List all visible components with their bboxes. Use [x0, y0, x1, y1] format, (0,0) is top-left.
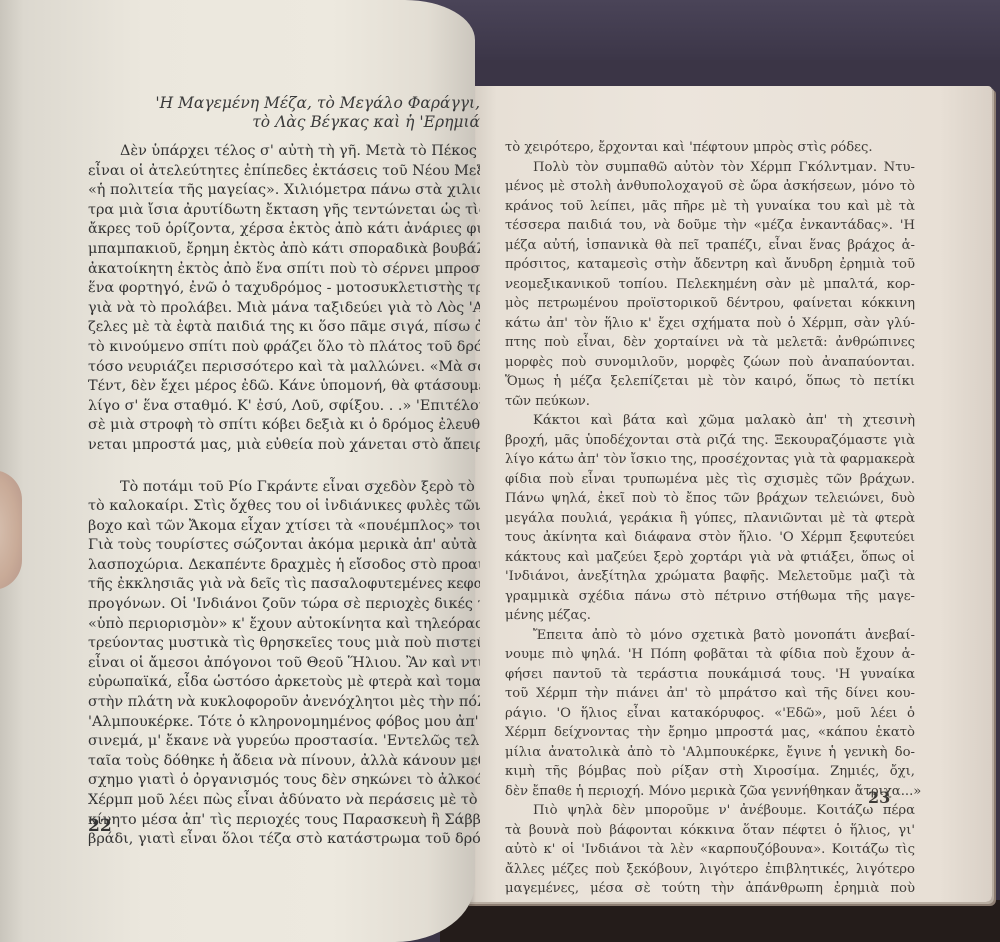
- thumb-holding-page: [0, 470, 22, 590]
- text-line: μίλια ἀνατολικὰ ἀπὸ τὸ 'Αλμπουκέρκε, ἔγι…: [505, 743, 915, 763]
- text-line: τους ἀκίνητα καὶ διάφανα στὸν ἥλιο. 'Ο Χ…: [505, 528, 915, 548]
- text-line: ἕνα φορτηγό, ἐνῶ ὁ ταχυδρόμος - μοτοσυκλ…: [88, 279, 480, 299]
- text-line: ἀκατοίκητη ἐκτὸς ἀπὸ ἕνα σπίτι ποὺ τὸ σέ…: [88, 260, 480, 280]
- text-line: πρόσιτος, καταμεσὶς στὴν ἄδεντρη καὶ ἄνυ…: [505, 255, 915, 275]
- text-line: τέσσερα παιδιά του, νὰ δοῦμε τὴν «μέζα ἐ…: [505, 216, 915, 236]
- chapter-title: 'Η Μαγεμένη Μέζα, τὸ Μεγάλο Φαράγγι, τὸ …: [88, 94, 480, 132]
- text-line: πτης ποὺ εἶναι, δὲν χορταίνει νὰ τὰ μελε…: [505, 333, 915, 353]
- text-line: γιὰ νὰ τὸ προλάβει. Μιὰ μάνα ταξιδεύει γ…: [88, 299, 480, 319]
- paragraph: Τὸ ποτάμι τοῦ Ρίο Γκράντε εἶναι σχεδὸν ξ…: [88, 478, 480, 850]
- text-line: τὸ κινούμενο σπίτι ποὺ φράζει ὅλο τὸ πλά…: [88, 338, 480, 358]
- text-line: Γιὰ τοὺς τουρίστες σώζονται ἀκόμα μερικὰ…: [88, 536, 480, 556]
- text-line: «ἡ πολιτεία τῆς μαγείας». Χιλιόμετρα πάν…: [88, 181, 480, 201]
- text-line: ταῖα τοὺς δόθηκε ἡ ἄδεια νὰ πίνουν, ἀλλὰ…: [88, 752, 480, 772]
- text-line: Ἔπειτα ἀπὸ τὸ μόνο σχετικὰ βατὸ μονοπάτι…: [505, 626, 915, 646]
- text-line: βοχο καὶ τῶν Ἄκομα εἶχαν χτίσει τὰ «πουέ…: [88, 517, 480, 537]
- text-line: 'Ινδιάνοι, ἀνεξίτηλα χρώματα βαφῆς. Μελε…: [505, 567, 915, 587]
- text-line: λασποχώρια. Δεκαπέντε δραχμὲς ἡ εἴσοδος …: [88, 556, 480, 576]
- text-line: μένης μέζας.: [505, 606, 915, 626]
- text-line: μαγεμένες, μέσα σὲ τούτη τὴν ἀπάνθρωπη ἐ…: [505, 879, 915, 899]
- text-line: ράγιο. 'Ο ἥλιος εἶναι κατακόρυφος. «'Εδῶ…: [505, 704, 915, 724]
- left-page-text: 'Η Μαγεμένη Μέζα, τὸ Μεγάλο Φαράγγι, τὸ …: [88, 88, 480, 850]
- text-line: μὸς πετρωμένου προϊστορικοῦ δέντρου, φαί…: [505, 294, 915, 314]
- text-line: μένος μὲ στολὴ ἀνθυπολοχαγοῦ σὲ ὥρα ἀσκή…: [505, 177, 915, 197]
- text-line: νουμε πιὸ ψηλά. 'Η Πόπη φοβᾶται τὰ φίδια…: [505, 645, 915, 665]
- text-line: στὴν πλάτη νὰ κυκλοφοροῦν ἀνενόχλητοι μὲ…: [88, 693, 480, 713]
- text-line: ἄλλες μέζες ποὺ ξεκόβουν, λιγότερο ἐπιβλ…: [505, 860, 915, 880]
- text-line: αὐτὸ κ' οἱ 'Ινδιάνοι τὰ λὲν «καρπουζόβου…: [505, 840, 915, 860]
- paragraph: Δὲν ὑπάρχει τέλος σ' αὐτὴ τὴ γῆ. Μετὰ τὸ…: [88, 142, 480, 456]
- background-table: [440, 900, 1000, 942]
- text-line: σινεμά, μ' ἔκανε νὰ γυρεύω προστασία. 'Ε…: [88, 732, 480, 752]
- text-line: εἶναι οἱ ἀτελεύτητες ἐπίπεδες ἐκτάσεις τ…: [88, 162, 480, 182]
- text-line: Κάκτοι καὶ βάτα καὶ χῶμα μαλακὸ ἀπ' τὴ χ…: [505, 411, 915, 431]
- text-line: τόσο νευριάζει περισσότερο καὶ τὰ μαλλών…: [88, 358, 480, 378]
- text-line: τρα μιὰ ἴσια ἀρυτίδωτη ἔκταση γῆς τεντών…: [88, 201, 480, 221]
- text-line: τὸ καλοκαίρι. Στὶς ὄχθες του οἱ ἰνδιάνικ…: [88, 497, 480, 517]
- text-line: Χέρμπ δείχνοντας τὴν ἔρημο μπροστά μας, …: [505, 723, 915, 743]
- text-line: μέζα αὐτή, ἱσπανικὰ θὰ πεῖ τραπέζι, εἶνα…: [505, 236, 915, 256]
- text-line: δὲν ἔπαθε ἡ περιοχή. Μόνο μερικὰ ζῶα γεν…: [505, 782, 915, 802]
- text-line: ζελες μὲ τὰ ἐφτὰ παιδιά της κι ὅσο πᾶμε …: [88, 318, 480, 338]
- text-line: βροχή, μᾶς ὑποδέχονται στὰ ριζά της. Ξεκ…: [505, 431, 915, 451]
- text-line: ἄκρες τοῦ ὁρίζοντα, χέρσα ἐκτὸς ἀπὸ κάτι…: [88, 220, 480, 240]
- text-line: τὸ χειρότερο, ἔρχονται καὶ 'πέφτουν μπρὸ…: [505, 138, 915, 158]
- text-line: «ὑπὸ περιορισμὸν» κ' ἔχουν αὐτοκίνητα κα…: [88, 615, 480, 635]
- text-line: φίδια ποὺ εἶναι τρυπωμένα μὲς τὶς σχισμὲ…: [505, 470, 915, 490]
- text-line: λίγο σ' ἕνα σταθμό. Κ' ἐσύ, Λοῦ, σφίξου.…: [88, 397, 480, 417]
- text-line: Τὸ ποτάμι τοῦ Ρίο Γκράντε εἶναι σχεδὸν ξ…: [88, 478, 480, 498]
- text-line: προγόνων. Οἱ 'Ινδιάνοι ζοῦν τώρα σὲ περι…: [88, 595, 480, 615]
- chapter-title-line: 'Η Μαγεμένη Μέζα, τὸ Μεγάλο Φαράγγι,: [88, 94, 480, 113]
- text-line: κάκτους καὶ μαζεύει ξερὸ χορτάρι γιὰ νὰ …: [505, 548, 915, 568]
- text-line: Πολὺ τὸν συμπαθῶ αὐτὸν τὸν Χέρμπ Γκόλντμ…: [505, 158, 915, 178]
- right-page-text: τὸ χειρότερο, ἔρχονται καὶ 'πέφτουν μπρὸ…: [505, 138, 915, 899]
- text-line: Τέντ, δὲν ἔχει μέρος ἐδῶ. Κάνε ὑπομονή, …: [88, 377, 480, 397]
- chapter-title-line: τὸ Λὰς Βέγκας καὶ ἡ 'Ερημιά: [88, 113, 480, 132]
- text-line: 'Αλμπουκέρκε. Τότε ὁ κληρονομημένος φόβο…: [88, 713, 480, 733]
- text-line: φήσει παντοῦ τὰ τεράστια πουκάμισά τους.…: [505, 665, 915, 685]
- text-line: εἶναι οἱ ἄμεσοι ἀπόγονοι τοῦ Θεοῦ Ἥλιου.…: [88, 654, 480, 674]
- text-line: τῆς ἐκκλησιᾶς γιὰ νὰ δεῖς τὶς πασαλοφυτε…: [88, 575, 480, 595]
- text-line: κιμὴ τῆς βόμβας ποὺ ρίξαν στὴ Χιροσίμα. …: [505, 762, 915, 782]
- text-line: τρεύοντας μυστικὰ τὶς θρησκεῖες τους μιὰ…: [88, 634, 480, 654]
- text-line: νεομεξικανικοῦ τοπίου. Πελεκημένη σὰν μὲ…: [505, 275, 915, 295]
- text-line: Πιὸ ψηλὰ δὲν μποροῦμε ν' ἀνέβουμε. Κοιτά…: [505, 801, 915, 821]
- text-line: γραμμικὰ σχέδια πάνω στὸ πέτρινο στήθωμα…: [505, 587, 915, 607]
- text-line: τῶν πεύκων.: [505, 392, 915, 412]
- text-line: τὰ βουνὰ ποὺ βάφονται κόκκινα ὅταν πέφτε…: [505, 821, 915, 841]
- text-line: σὲ μιὰ στροφὴ τὸ σπίτι κόβει δεξιὰ κι ὁ …: [88, 416, 480, 436]
- text-line: βράδι, γιατὶ εἶναι ὅλοι τέζα στὸ κατάστρ…: [88, 830, 480, 850]
- text-line: μορφὲς ποὺ συνομιλοῦν, μορφὲς ζώων ποὺ ἀ…: [505, 353, 915, 373]
- page-number-left: 22: [88, 816, 112, 836]
- text-line: Χέρμπ μοῦ λέει πὼς εἶναι ἀδύνατο νὰ περά…: [88, 791, 480, 811]
- text-line: νεται μπροστά μας, μιὰ εὐθεία ποὺ χάνετα…: [88, 436, 480, 456]
- text-line: Ὅμως ἡ μέζα ξελεπίζεται μὲ τὸν καιρό, ὅπ…: [505, 372, 915, 392]
- text-line: σχημο γιατὶ ὁ ὀργανισμός τους δὲν σηκώνε…: [88, 771, 480, 791]
- page-number-right: 23: [868, 788, 890, 807]
- text-line: εὐρωπαϊκά, εἶδα ὡστόσο ἀρκετοὺς μὲ φτερὰ…: [88, 673, 480, 693]
- text-line: Δὲν ὑπάρχει τέλος σ' αὐτὴ τὴ γῆ. Μετὰ τὸ…: [88, 142, 480, 162]
- text-line: κάτω ἀπ' τὸν ἥλιο κ' ἔχει σχήματα ποὺ ὁ …: [505, 314, 915, 334]
- text-line: μπαμπακιοῦ, ἔρημη ἐκτὸς ἀπὸ κάτι σποραδι…: [88, 240, 480, 260]
- text-line: λίγο κάτω ἀπ' τὸν ἴσκιο της, προσέχοντας…: [505, 450, 915, 470]
- text-line: κράνος τοῦ λείπει, μᾶς πῆρε μὲ τὴ γυναίκ…: [505, 197, 915, 217]
- text-line: τοῦ Χέρμπ τὴν πιάνει ἀπ' τὸ μπράτσο καὶ …: [505, 684, 915, 704]
- text-line: κίνητο μέσα ἀπ' τὶς περιοχές τους Παρασκ…: [88, 811, 480, 831]
- text-line: μεγάλα πουλιά, γεράκια ἢ γύπες, πλανιῶντ…: [505, 509, 915, 529]
- text-line: Πάνω ψηλά, ἐκεῖ ποὺ τὸ ἔπος τῶν βράχων τ…: [505, 489, 915, 509]
